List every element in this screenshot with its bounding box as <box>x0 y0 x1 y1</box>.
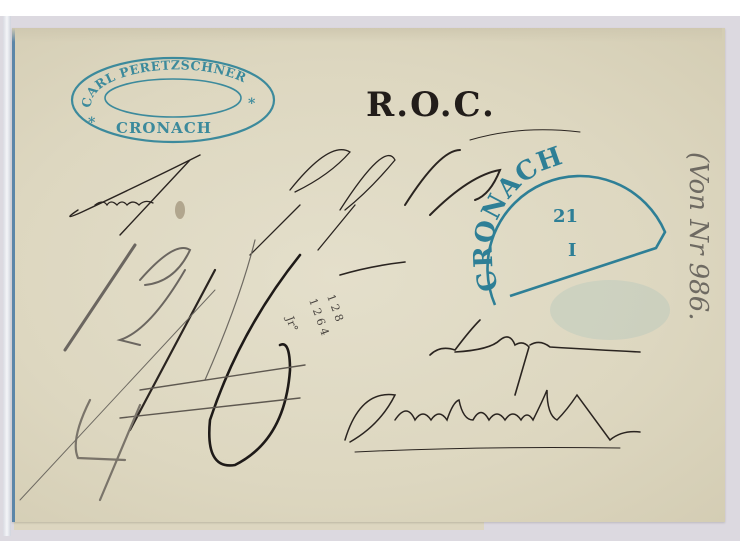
pencil-archive-note: (Von Nr 986. <box>683 152 713 321</box>
address-name: J. J. Voit <box>0 0 63 4</box>
paper-stain <box>175 201 185 219</box>
cover-markings: CARL PERETZSCHNER CRONACH * * R.O.C. CRO… <box>0 0 740 557</box>
small-note: Jr° <box>283 314 301 334</box>
cachet-star-right: * <box>248 96 256 112</box>
ink-smudge <box>550 280 670 340</box>
address-salutation: Herrn <box>0 0 49 4</box>
rate-markings: Jr° 1 2 8 1 2 6 4 12/6 4 <box>0 0 405 500</box>
address-city: Steyr <box>0 0 44 4</box>
postmark-month: I <box>568 240 576 261</box>
postmark-day: 21 <box>553 206 578 227</box>
route-mark-roc: R.O.C. <box>366 85 496 125</box>
rate-large: 12/6 <box>0 0 36 4</box>
sender-cachet: CARL PERETZSCHNER CRONACH * * <box>72 57 274 142</box>
rate-crossed: 4 <box>0 0 10 4</box>
cachet-star-left: * <box>88 115 96 131</box>
address-region: Oberoesterreich <box>0 0 133 4</box>
manuscript-address: Herrn J. J. Voit Steyr Oberoesterreich <box>0 0 640 452</box>
cachet-town: CRONACH <box>116 119 212 137</box>
cachet-sender-name: CARL PERETZSCHNER <box>79 57 249 108</box>
